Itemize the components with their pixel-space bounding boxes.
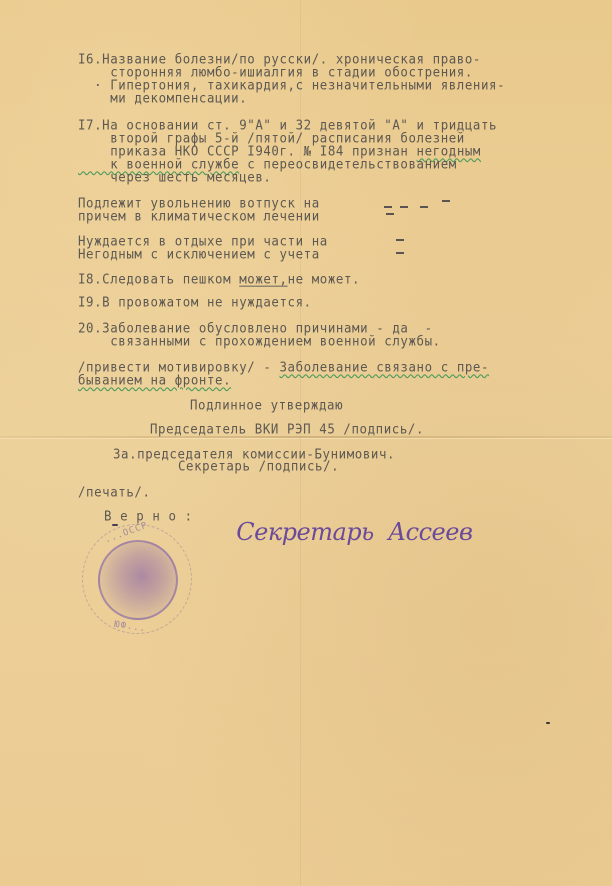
- stamp-label: /печать/.: [78, 485, 151, 499]
- rest-line-2: Негодным с исключением с учета: [78, 247, 320, 261]
- item-18-suffix: не может.: [288, 271, 361, 287]
- item-16-line-4: ми декомпенсации.: [78, 91, 247, 105]
- motivation-underlined-1: Заболевание связано с пре-: [280, 359, 490, 375]
- blank-dash: [386, 213, 394, 215]
- paper-speck: [112, 524, 118, 526]
- item-18-can-underlined: может,: [239, 271, 287, 287]
- verified-label: В е р н о :: [104, 509, 193, 523]
- item-17-line-5: через шесть месяцев.: [78, 170, 271, 184]
- blank-dash: [400, 206, 408, 208]
- blank-dash: [396, 252, 404, 254]
- item-18-prefix: I8.Следовать пешком: [78, 271, 239, 287]
- secretary-line: Секретарь /подпись/.: [178, 459, 339, 473]
- original-approved: Подлинное утверждаю: [190, 398, 343, 412]
- official-stamp-seal: [98, 540, 178, 620]
- signature-name: Ассеев: [388, 518, 472, 546]
- blank-dash: [442, 200, 450, 202]
- paper-speck: [546, 722, 550, 724]
- item-18-walking: I8.Следовать пешком может,не может.: [78, 272, 360, 286]
- blank-dash: [384, 206, 392, 208]
- motivation-line-2: быванием на фронте.: [78, 373, 231, 387]
- scanned-document-page: { "document": { "type": "Military medica…: [0, 0, 612, 886]
- blank-dash: [420, 206, 428, 208]
- chairman-line: Председатель ВКИ РЭП 45 /подпись/.: [150, 422, 424, 436]
- handwritten-signature: Секретарь Ассеев: [222, 490, 472, 546]
- reexamination-text: с переосвидетельствованием: [239, 156, 457, 172]
- discharge-line-2: причем в климатическом лечении: [78, 209, 320, 223]
- signature-title: Секретарь: [236, 518, 373, 546]
- motivation-underlined-2: быванием на фронте.: [78, 372, 231, 388]
- item-19-escort: I9.В провожатом не нуждается.: [78, 295, 312, 309]
- blank-dash: [396, 239, 404, 241]
- item-20-line-2: связанными с прохождением военной службы…: [78, 334, 441, 348]
